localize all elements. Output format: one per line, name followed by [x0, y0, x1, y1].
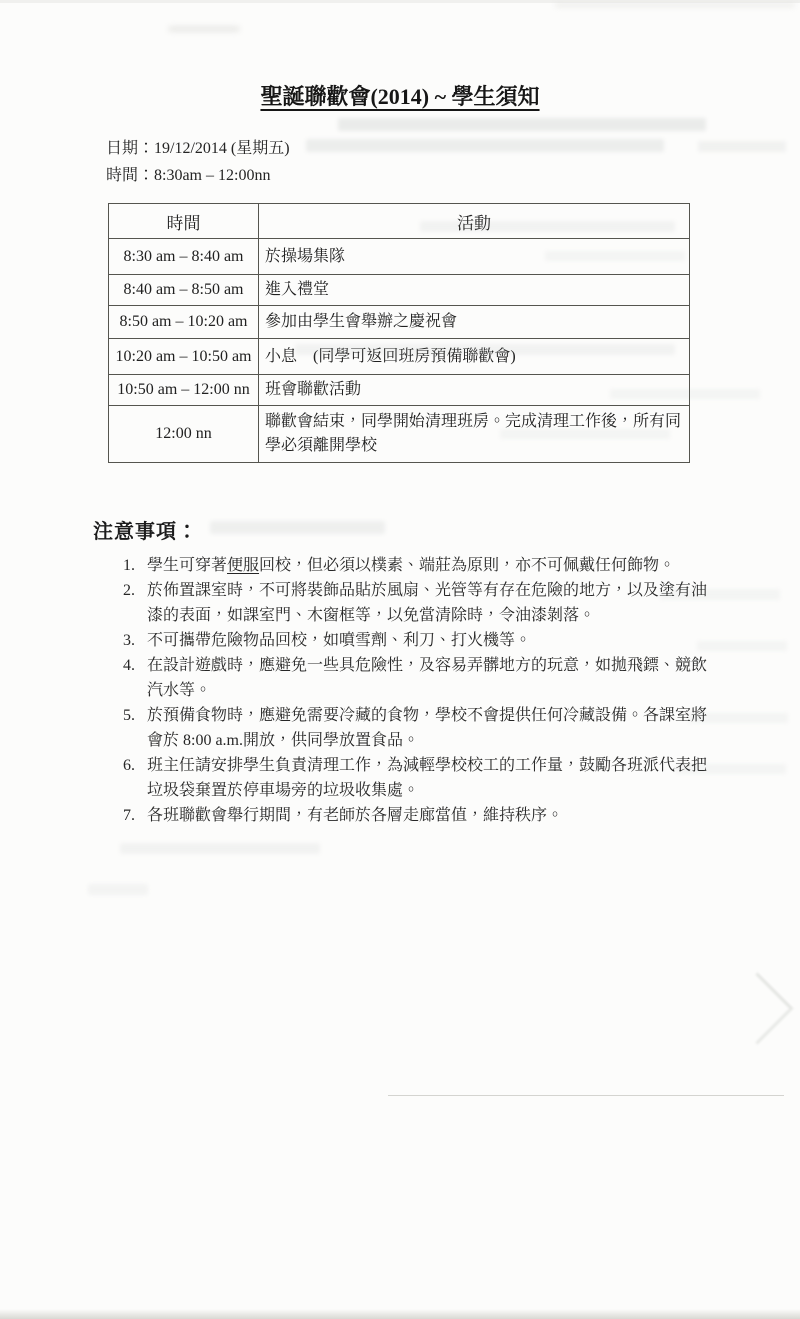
notes-list: 1. 學生可穿著便服回校，但必須以樸素、端莊為原則，亦不可佩戴任何飾物。 2. … [123, 553, 715, 828]
bleedthrough-artifact [545, 251, 685, 261]
list-item: 1. 學生可穿著便服回校，但必須以樸素、端莊為原則，亦不可佩戴任何飾物。 [123, 553, 715, 578]
list-item: 4. 在設計遊戲時，應避免一些具危險性，及容易弄髒地方的玩意，如拋飛鏢、競飲汽水… [123, 653, 715, 703]
list-item: 3. 不可攜帶危險物品回校，如噴雪劑、利刀、打火機等。 [123, 628, 715, 653]
schedule-time-cell: 8:30 am – 8:40 am [109, 239, 259, 275]
scan-fold-mark [721, 972, 793, 1044]
list-item-number: 1. [123, 553, 147, 578]
table-row: 8:40 am – 8:50 am 進入禮堂 [109, 275, 690, 306]
list-item-text: 各班聯歡會舉行期間，有老師於各層走廊當值，維持秩序。 [147, 803, 715, 828]
note1-prefix: 學生可穿著 [147, 557, 227, 574]
table-row: 8:50 am – 10:20 am 參加由學生會舉辦之慶祝會 [109, 306, 690, 339]
bleedthrough-artifact [420, 221, 675, 232]
list-item-text: 學生可穿著便服回校，但必須以樸素、端莊為原則，亦不可佩戴任何飾物。 [147, 553, 715, 578]
event-meta: 日期：19/12/2014 (星期五) 時間：8:30am – 12:00nn [106, 135, 290, 189]
schedule-header-time: 時間 [109, 204, 259, 239]
schedule-activity-cell: 進入禮堂 [259, 275, 690, 306]
bleedthrough-artifact [660, 589, 780, 600]
bleedthrough-artifact [500, 429, 670, 439]
list-item-number: 6. [123, 753, 147, 803]
list-item-text: 於佈置課室時，不可將裝飾品貼於風扇、光管等有存在危險的地方，以及塗有油漆的表面，… [147, 578, 715, 628]
note1-underlined-term: 便服 [227, 557, 259, 574]
schedule-time-cell: 10:50 am – 12:00 nn [109, 375, 259, 406]
bleedthrough-artifact [697, 641, 787, 651]
list-item: 6. 班主任請安排學生負責清理工作，為減輕學校校工的工作量，鼓勵各班派代表把垃圾… [123, 753, 715, 803]
schedule-time-cell: 12:00 nn [109, 406, 259, 463]
list-item: 2. 於佈置課室時，不可將裝飾品貼於風扇、光管等有存在危險的地方，以及塗有油漆的… [123, 578, 715, 628]
bleedthrough-artifact [676, 764, 786, 774]
list-item-number: 5. [123, 703, 147, 753]
bleedthrough-artifact [610, 389, 760, 399]
bleedthrough-artifact [120, 843, 320, 854]
scan-crease-line [388, 1095, 784, 1096]
list-item-number: 3. [123, 628, 147, 653]
scanned-notice-page: 聖誕聯歡會(2014) ~ 學生須知 日期：19/12/2014 (星期五) 時… [0, 0, 800, 1319]
list-item-text: 在設計遊戲時，應避免一些具危險性，及容易弄髒地方的玩意，如拋飛鏢、競飲汽水等。 [147, 653, 715, 703]
bleedthrough-artifact [306, 139, 664, 152]
list-item-text: 於預備食物時，應避免需要冷藏的食物，學校不會提供任何冷藏設備。各課室將會於 8:… [147, 703, 715, 753]
table-row: 10:50 am – 12:00 nn 班會聯歡活動 [109, 375, 690, 406]
event-date-line: 日期：19/12/2014 (星期五) [106, 135, 290, 162]
schedule-time-cell: 10:20 am – 10:50 am [109, 339, 259, 375]
schedule-table: 時間 活動 8:30 am – 8:40 am 於操場集隊 8:40 am – … [108, 203, 690, 463]
schedule-time-cell: 8:40 am – 8:50 am [109, 275, 259, 306]
scan-smudge [168, 26, 240, 32]
schedule-activity-cell: 參加由學生會舉辦之慶祝會 [259, 306, 690, 339]
scan-smudge [555, 3, 795, 7]
note1-suffix: 回校，但必須以樸素、端莊為原則，亦不可佩戴任何飾物。 [259, 557, 675, 574]
bleedthrough-artifact [338, 118, 706, 131]
bleedthrough-artifact [688, 713, 788, 723]
bleedthrough-artifact [210, 521, 385, 534]
event-time-line: 時間：8:30am – 12:00nn [106, 162, 290, 189]
bleedthrough-artifact [698, 141, 786, 152]
list-item-text: 不可攜帶危險物品回校，如噴雪劑、利刀、打火機等。 [147, 628, 715, 653]
notes-heading: 注意事項： [93, 515, 198, 544]
list-item-number: 4. [123, 653, 147, 703]
page-title: 聖誕聯歡會(2014) ~ 學生須知 [0, 80, 800, 111]
bleedthrough-artifact [295, 344, 675, 355]
list-item: 5. 於預備食物時，應避免需要冷藏的食物，學校不會提供任何冷藏設備。各課室將會於… [123, 703, 715, 753]
list-item: 7. 各班聯歡會舉行期間，有老師於各層走廊當值，維持秩序。 [123, 803, 715, 828]
schedule-time-cell: 8:50 am – 10:20 am [109, 306, 259, 339]
bleedthrough-artifact [88, 884, 148, 895]
list-item-text: 班主任請安排學生負責清理工作，為減輕學校校工的工作量，鼓勵各班派代表把垃圾袋棄置… [147, 753, 715, 803]
scan-edge-bottom [0, 1309, 800, 1319]
list-item-number: 7. [123, 803, 147, 828]
page-title-text: 聖誕聯歡會(2014) ~ 學生須知 [260, 84, 539, 109]
list-item-number: 2. [123, 578, 147, 628]
